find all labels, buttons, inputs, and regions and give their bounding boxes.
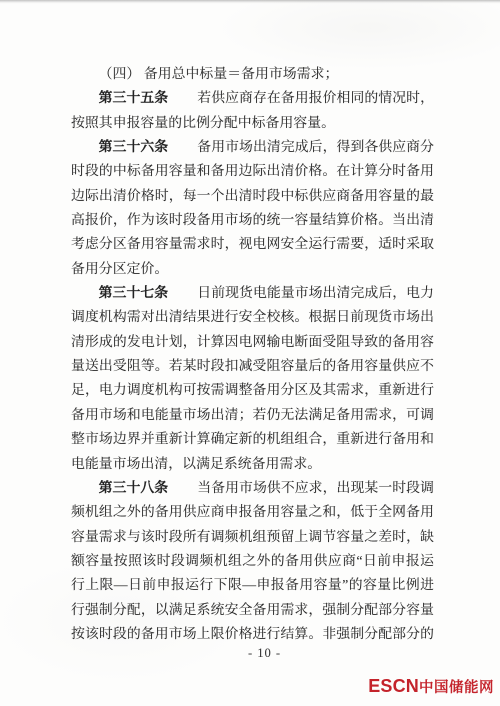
text-line: 清形成的发电计划，计算因电网输电断面受阻导致的备用容 <box>71 330 434 354</box>
escn-logo-cjk: 中国储能网 <box>419 680 494 696</box>
text-line: 足，电力调度机构可按需调整备用分区及其需求，重新进行 <box>71 378 434 402</box>
text-line: 备用市场和电能量市场出清；若仍无法满足备用需求，可调 <box>71 403 434 427</box>
document-body: （四） 备用总中标量＝备用市场需求；第三十五条若供应商存在备用报价相同的情况时，… <box>71 62 434 646</box>
line-text: 调度机构需对出清结果进行安全校核。根据日前现货市场出 <box>71 309 434 324</box>
line-text: 当备用市场供不应求，出现某一时段调 <box>197 480 434 495</box>
line-text: 频机组之外的备用供应商申报备用容量之和，低于全网备用 <box>71 504 434 519</box>
text-line: （四） 备用总中标量＝备用市场需求； <box>71 62 434 86</box>
text-line: 时段的中标备用容量和备用边际出清价格。在计算分时备用 <box>71 159 434 183</box>
line-text: 高报价，作为该时段备用市场的统一容量结算价格。当出清 <box>71 212 434 227</box>
line-text: 备用分区定价。 <box>71 261 168 276</box>
text-line: 第三十八条当备用市场供不应求，出现某一时段调 <box>71 476 434 500</box>
line-text: 额容量按照该时段调频机组之外的备用供应商“日前申报运 <box>71 553 434 568</box>
text-line: 边际出清价格时，每一个出清时段中标供应商备用容量的最 <box>71 184 434 208</box>
text-line: 额容量按照该时段调频机组之外的备用供应商“日前申报运 <box>71 549 434 573</box>
text-line: 量送出受阻等。若某时段扣减受阻容量后的备用容量供应不 <box>71 354 434 378</box>
line-text: 电能量市场出清，以满足系统备用需求。 <box>71 456 321 471</box>
text-line: 行强制分配，以满足系统安全备用需求，强制分配部分容量 <box>71 598 434 622</box>
line-text: 行强制分配，以满足系统安全备用需求，强制分配部分容量 <box>71 602 434 617</box>
line-text: 清形成的发电计划，计算因电网输电断面受阻导致的备用容 <box>71 334 434 349</box>
text-line: 第三十五条若供应商存在备用报价相同的情况时， <box>71 86 434 110</box>
text-line: 考虑分区备用容量需求时，视电网安全运行需要，适时采取 <box>71 232 434 256</box>
line-text: 足，电力调度机构可按需调整备用分区及其需求，重新进行 <box>71 382 434 397</box>
article-number: 第三十八条 <box>99 480 169 495</box>
page-number: - 10 - <box>83 644 446 662</box>
line-text: 备用市场和电能量市场出清；若仍无法满足备用需求，可调 <box>71 407 434 422</box>
text-line: 容量需求与该时段所有调频机组预留上调节容量之差时，缺 <box>71 525 434 549</box>
line-text: 日前现货电能量市场出清完成后，电力 <box>197 285 434 300</box>
line-text: 边际出清价格时，每一个出清时段中标供应商备用容量的最 <box>71 188 434 203</box>
line-text: 考虑分区备用容量需求时，视电网安全运行需要，适时采取 <box>71 236 434 251</box>
text-line: 高报价，作为该时段备用市场的统一容量结算价格。当出清 <box>71 208 434 232</box>
line-text: （四） 备用总中标量＝备用市场需求； <box>99 66 339 81</box>
line-text: 整市场边界并重新计算确定新的机组组合，重新进行备用和 <box>71 431 434 446</box>
line-text: 时段的中标备用容量和备用边际出清价格。在计算分时备用 <box>71 163 434 178</box>
text-line: 备用分区定价。 <box>71 257 434 281</box>
escn-logo-latin: ESCN <box>368 676 419 696</box>
article-number: 第三十五条 <box>99 90 169 105</box>
line-text: 备用市场出清完成后，得到各供应商分 <box>197 139 434 154</box>
scan-edge-top <box>0 0 500 4</box>
article-number: 第三十七条 <box>99 285 169 300</box>
line-text: 量送出受阻等。若某时段扣减受阻容量后的备用容量供应不 <box>71 358 434 373</box>
line-text: 按该时段的备用市场上限价格进行结算。非强制分配部分的 <box>71 626 434 641</box>
text-line: 按该时段的备用市场上限价格进行结算。非强制分配部分的 <box>71 622 434 646</box>
text-line: 电能量市场出清，以满足系统备用需求。 <box>71 452 434 476</box>
line-text: 行上限—日前申报运行下限—申报备用容量”的容量比例进 <box>71 577 434 592</box>
text-line: 调度机构需对出清结果进行安全校核。根据日前现货市场出 <box>71 305 434 329</box>
document-page: （四） 备用总中标量＝备用市场需求；第三十五条若供应商存在备用报价相同的情况时，… <box>0 0 500 706</box>
text-line: 按照其申报容量的比例分配中标备用容量。 <box>71 111 434 135</box>
escn-logo: ESCN中国储能网 <box>368 676 494 698</box>
article-number: 第三十六条 <box>99 139 169 154</box>
text-line: 频机组之外的备用供应商申报备用容量之和，低于全网备用 <box>71 500 434 524</box>
line-text: 按照其申报容量的比例分配中标备用容量。 <box>71 115 335 130</box>
line-text: 若供应商存在备用报价相同的情况时， <box>197 90 434 105</box>
line-text: 容量需求与该时段所有调频机组预留上调节容量之差时，缺 <box>71 529 434 544</box>
text-line: 行上限—日前申报运行下限—申报备用容量”的容量比例进 <box>71 573 434 597</box>
text-line: 整市场边界并重新计算确定新的机组组合，重新进行备用和 <box>71 427 434 451</box>
text-line: 第三十七条日前现货电能量市场出清完成后，电力 <box>71 281 434 305</box>
text-line: 第三十六条备用市场出清完成后，得到各供应商分 <box>71 135 434 159</box>
